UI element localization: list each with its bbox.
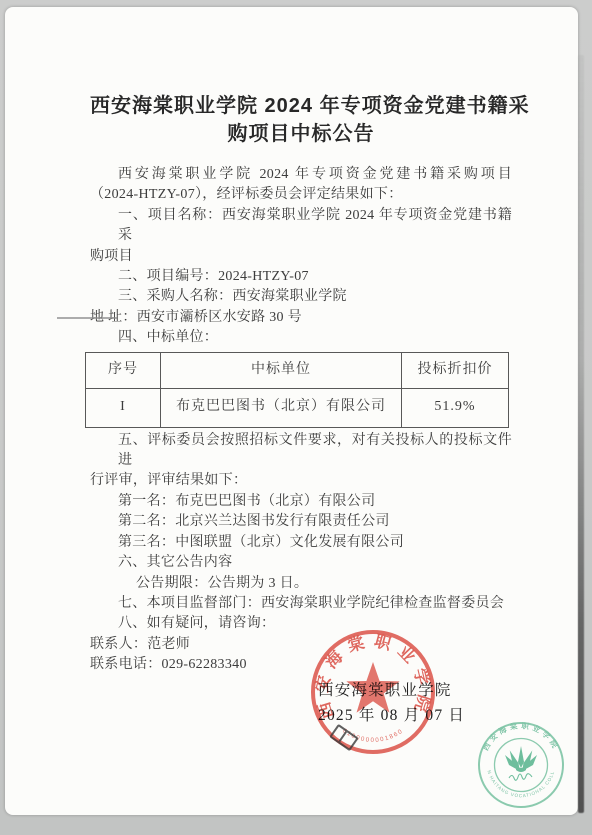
body-text-line: 八、如有疑问，请咨询： — [90, 614, 512, 634]
scanned-document: { "document": { "title": "西安海棠职业学院 2024 … — [0, 0, 592, 835]
award-table-header-row: 序号中标单位投标折扣价 — [86, 352, 509, 388]
award-table-body: I布克巴巴图书（北京）有限公司51.9% — [86, 388, 509, 427]
body-text-line: 购项目 — [90, 247, 512, 267]
award-table-header-cell: 中标单位 — [161, 352, 402, 388]
award-table-cell: I — [86, 388, 161, 427]
body-text-line: 地 址：西安市灞桥区水安路 30 号 — [90, 308, 512, 328]
award-table-header-cell: 投标折扣价 — [402, 352, 509, 388]
scan-artifact-line — [57, 317, 117, 319]
body-text-line: 行评审，评审结果如下： — [90, 471, 512, 491]
body-text-line: 五、评标委员会按照招标文件要求，对有关投标人的投标文件进 — [90, 431, 512, 472]
body-text-line: 第一名：布克巴巴图书（北京）有限公司 — [90, 492, 512, 512]
body-text-line: 四、中标单位： — [90, 328, 512, 348]
scan-page-edge-shadow — [578, 55, 584, 813]
document-page: 西安海棠职业学院 2024 年专项资金党建书籍采 购项目中标公告 西安海棠职业学… — [5, 7, 578, 815]
official-seal-stamp: 西安海棠职业学院 6100000001860 — [303, 620, 443, 772]
award-table-header-cell: 序号 — [86, 352, 161, 388]
body-paragraphs-top: 西安海棠职业学院 2024 年专项资金党建书籍采购项目（2024-HTZY-07… — [90, 165, 512, 349]
document-title: 西安海棠职业学院 2024 年专项资金党建书籍采 购项目中标公告 — [90, 92, 512, 148]
body-text-line: 西安海棠职业学院 2024 年专项资金党建书籍采购项目 — [90, 165, 512, 185]
body-paragraphs-bottom: 五、评标委员会按照招标文件要求，对有关投标人的投标文件进行评审，评审结果如下：第… — [90, 431, 512, 676]
body-text-line: 公告期限：公告期为 3 日。 — [90, 574, 512, 594]
seal-star-icon — [346, 662, 399, 713]
logo-script-signature — [509, 774, 532, 781]
body-text-line: 三、采购人名称：西安海棠职业学院 — [90, 287, 512, 307]
document-content: 西安海棠职业学院 2024 年专项资金党建书籍采 购项目中标公告 西安海棠职业学… — [90, 7, 512, 676]
body-text-line: 第二名：北京兴兰达图书发行有限责任公司 — [90, 512, 512, 532]
body-text-line: （2024-HTZY-07），经评标委员会评定结果如下： — [90, 185, 512, 205]
body-text-line: 二、项目编号：2024-HTZY-07 — [90, 267, 512, 287]
body-text-line: 联系电话：029-62283340 — [90, 655, 512, 675]
haitang-flower-icon — [505, 746, 537, 772]
body-text-line: 联系人：范老师 — [90, 635, 512, 655]
document-title-line2: 购项目中标公告 — [90, 120, 512, 148]
body-text-line: 六、其它公告内容 — [90, 553, 512, 573]
award-table-row: I布克巴巴图书（北京）有限公司51.9% — [86, 388, 509, 427]
body-text-line: 七、本项目监督部门：西安海棠职业学院纪律检查监督委员会 — [90, 594, 512, 614]
college-logo-watermark: 西安海棠职业学院 XI'AN HAITANG VOCATIONAL COLLEG… — [474, 718, 568, 812]
award-table-cell: 51.9% — [402, 388, 509, 427]
award-table: 序号中标单位投标折扣价 I布克巴巴图书（北京）有限公司51.9% — [85, 352, 509, 428]
document-title-line1: 西安海棠职业学院 2024 年专项资金党建书籍采 — [90, 92, 512, 120]
award-table-cell: 布克巴巴图书（北京）有限公司 — [161, 388, 402, 427]
body-text-line: 一、项目名称：西安海棠职业学院 2024 年专项资金党建书籍采 — [90, 206, 512, 247]
body-text-line: 第三名：中图联盟（北京）文化发展有限公司 — [90, 533, 512, 553]
